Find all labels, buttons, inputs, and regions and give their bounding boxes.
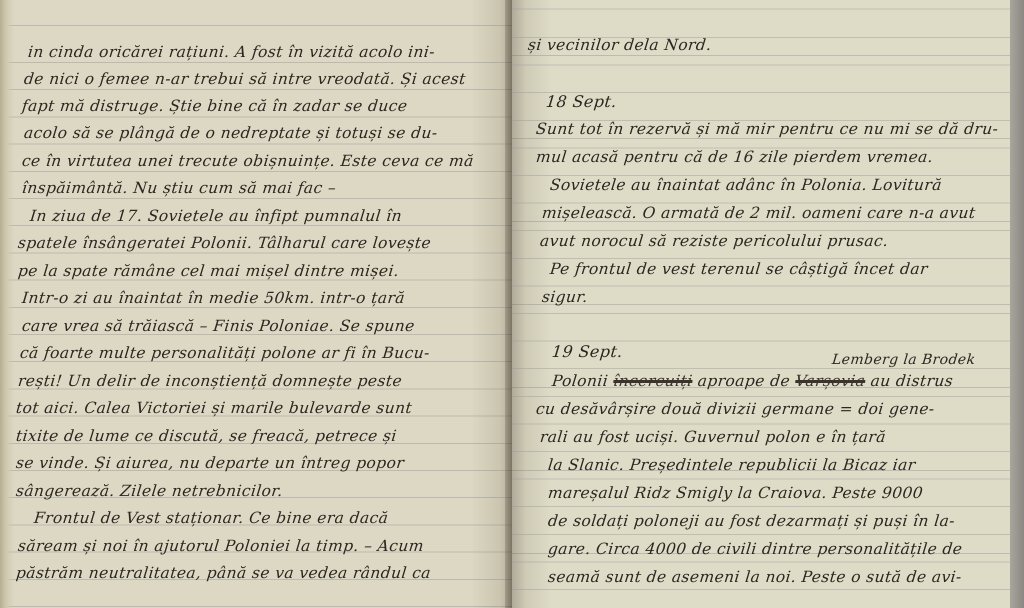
- text-line: rali au fost uciși. Guvernul polon e în …: [539, 428, 887, 446]
- background-edge: [1010, 0, 1024, 608]
- text-line: și vecinilor dela Nord.: [527, 36, 712, 54]
- text-line: gare. Circa 4000 de civili dintre person…: [547, 540, 963, 558]
- text-line: păstrăm neutralitatea, până se va vedea …: [15, 564, 432, 582]
- text-line: Intr-o zi au înaintat în medie 50km. int…: [21, 289, 406, 307]
- text-line: avut norocul să reziste pericolului prus…: [539, 232, 889, 250]
- text-line: care vrea să trăiască – Finis Poloniae. …: [21, 317, 416, 335]
- text-line: că foarte multe personalități polone ar …: [19, 344, 431, 362]
- text-line: la Slanic. Președintele republicii la Bi…: [547, 456, 917, 474]
- text-line: mișelească. O armată de 2 mil. oameni ca…: [541, 204, 976, 222]
- text-fragment: au distrus: [870, 372, 954, 390]
- text-line: sângerează. Zilele netrebnicilor.: [15, 482, 284, 500]
- left-page: in cinda oricărei rațiuni. A fost în viz…: [0, 0, 512, 608]
- text-fragment: aproape de: [692, 372, 797, 390]
- text-line: înspăimântă. Nu știu cum să mai fac –: [21, 179, 337, 197]
- text-line: de nici o femee n-ar trebui să intre vre…: [23, 70, 467, 88]
- text-line: Sunt tot în rezervă și mă mir pentru ce …: [535, 120, 999, 138]
- diary-spread: in cinda oricărei rațiuni. A fost în viz…: [0, 0, 1024, 608]
- right-page: și vecinilor dela Nord. 18 Sept. Sunt to…: [512, 0, 1010, 608]
- text-line: Pe frontul de vest terenul se câștigă în…: [549, 260, 929, 278]
- text-fragment: Polonii: [551, 372, 609, 390]
- text-line: seamă sunt de asemeni la noi. Peste o su…: [547, 568, 963, 586]
- text-line: cu desăvârșire două divizii germane = do…: [535, 400, 935, 418]
- text-line: de soldați poloneji au fost dezarmați și…: [547, 512, 956, 530]
- text-line-with-strikethrough: Polonii încercuiți aproape de Varșovia a…: [551, 372, 954, 390]
- entry-date-18-sept: 18 Sept.: [545, 92, 618, 111]
- text-line: tot aici. Calea Victoriei și marile bule…: [15, 399, 413, 417]
- text-line: fapt mă distruge. Știe bine că în zadar …: [21, 97, 408, 115]
- text-line: Frontul de Vest staționar. Ce bine era d…: [33, 509, 389, 527]
- entry-date-19-sept: 19 Sept.: [551, 342, 624, 361]
- text-line: In ziua de 17. Sovietele au înfipt pumna…: [29, 207, 403, 225]
- text-line: spatele însângeratei Polonii. Tâlharul c…: [17, 234, 432, 252]
- text-line: ce în virtutea unei trecute obișnuințe. …: [21, 152, 475, 170]
- struck-word: încercuiți: [613, 372, 694, 390]
- text-line: pe la spate rămâne cel mai mișel dintre …: [17, 262, 400, 280]
- inserted-correction: Lemberg la Brodek: [831, 352, 976, 368]
- text-line: mareșalul Ridz Smigly la Craiova. Peste …: [547, 484, 924, 502]
- text-line: Sovietele au înaintat adânc în Polonia. …: [549, 176, 943, 194]
- text-line: sigur.: [541, 288, 589, 306]
- text-line: acolo să se plângă de o nedreptate și to…: [23, 124, 438, 142]
- text-line: rești! Un delir de inconștiență domnește…: [17, 372, 403, 390]
- text-line: se vinde. Și aiurea, nu departe un între…: [15, 454, 405, 472]
- text-line: in cinda oricărei rațiuni. A fost în viz…: [27, 43, 436, 61]
- text-line: săream și noi în ajutorul Poloniei la ti…: [17, 537, 425, 555]
- text-line: mul acasă pentru că de 16 zile pierdem v…: [535, 148, 934, 166]
- struck-word: Varșovia: [794, 372, 866, 390]
- text-line: tixite de lume ce discută, se freacă, pe…: [15, 427, 398, 445]
